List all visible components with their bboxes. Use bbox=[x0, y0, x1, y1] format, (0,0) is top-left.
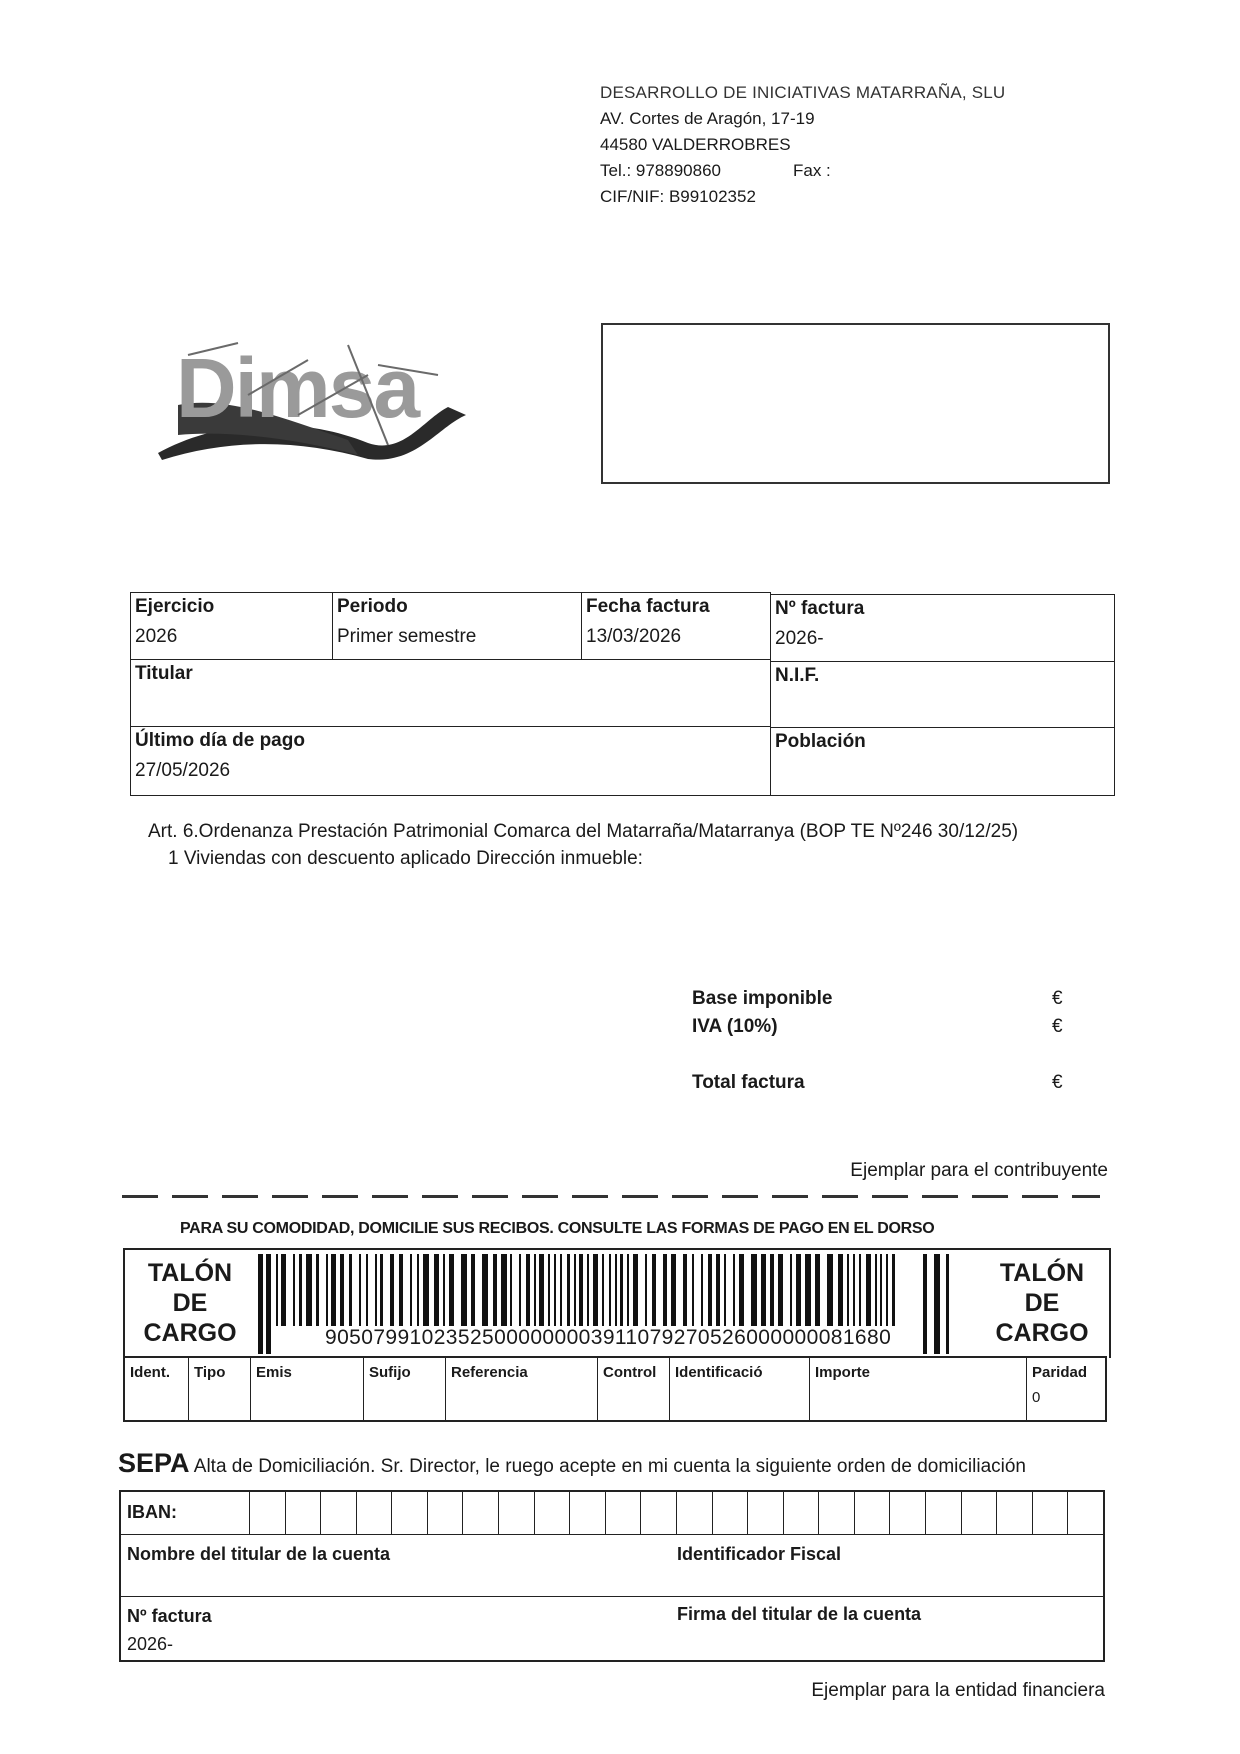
concept-line-2: 1 Viviendas con descuento aplicado Direc… bbox=[148, 845, 1018, 872]
iban-digit-cell[interactable] bbox=[249, 1492, 285, 1534]
ultimo-dia-label: Último día de pago bbox=[135, 729, 766, 753]
periodo-cell: Periodo Primer semestre bbox=[332, 592, 582, 660]
field-importe-label: Importe bbox=[815, 1364, 1021, 1381]
field-control-label: Control bbox=[603, 1364, 664, 1381]
sepa-text: Alta de Domiciliación. Sr. Director, le … bbox=[194, 1456, 1026, 1477]
copy-taxpayer-label: Ejemplar para el contribuyente bbox=[850, 1160, 1108, 1182]
talon-de-cargo: TALÓN DE CARGO 9050799102352500000000391… bbox=[123, 1248, 1111, 1358]
concept-line-1: Art. 6.Ordenanza Prestación Patrimonial … bbox=[148, 818, 1018, 845]
talon-right-label: TALÓN DE CARGO bbox=[987, 1258, 1097, 1348]
cut-line-divider bbox=[122, 1195, 1100, 1198]
ultimo-dia-cell: Último día de pago 27/05/2026 bbox=[130, 726, 771, 796]
iban-digit-cell[interactable] bbox=[427, 1492, 463, 1534]
fiscal-id-label: Identificador Fiscal bbox=[677, 1544, 841, 1565]
iban-digit-cell[interactable] bbox=[747, 1492, 783, 1534]
iban-digit-cell[interactable] bbox=[534, 1492, 570, 1534]
talon-left-label: TALÓN DE CARGO bbox=[135, 1258, 245, 1348]
iban-label: IBAN: bbox=[127, 1502, 177, 1523]
talon-right-line1: TALÓN bbox=[987, 1258, 1097, 1288]
field-tipo: Tipo bbox=[189, 1358, 251, 1420]
periodo-value: Primer semestre bbox=[337, 625, 577, 649]
fecha-value: 13/03/2026 bbox=[586, 625, 766, 649]
iva-currency: € bbox=[1052, 1016, 1063, 1038]
poblacion-label: Población bbox=[775, 730, 1110, 754]
field-identificacion: Identificació bbox=[670, 1358, 810, 1420]
iban-digit-cell[interactable] bbox=[391, 1492, 427, 1534]
sepa-heading: SEPA Alta de Domiciliación. Sr. Director… bbox=[118, 1448, 1026, 1479]
company-tel: Tel.: 978890860 bbox=[600, 158, 721, 184]
iban-digit-cell[interactable] bbox=[676, 1492, 712, 1534]
fecha-cell: Fecha factura 13/03/2026 bbox=[581, 592, 771, 660]
iban-digit-cell[interactable] bbox=[320, 1492, 356, 1534]
company-city: 44580 VALDERROBRES bbox=[600, 132, 1005, 158]
nif-label: N.I.F. bbox=[775, 664, 1110, 688]
iban-digit-cell[interactable] bbox=[498, 1492, 534, 1534]
field-sufijo-label: Sufijo bbox=[369, 1364, 440, 1381]
company-address: AV. Cortes de Aragón, 17-19 bbox=[600, 106, 1005, 132]
numero-factura-label: Nº factura bbox=[775, 597, 1110, 621]
field-referencia-label: Referencia bbox=[451, 1364, 592, 1381]
field-referencia: Referencia bbox=[446, 1358, 598, 1420]
field-identificacion-label: Identificació bbox=[675, 1364, 804, 1381]
titular-label: Titular bbox=[135, 662, 766, 686]
ejercicio-value: 2026 bbox=[135, 625, 328, 649]
total-factura-currency: € bbox=[1052, 1072, 1063, 1094]
concept-block: Art. 6.Ordenanza Prestación Patrimonial … bbox=[148, 818, 1018, 872]
dimsa-logo: Dimsa bbox=[148, 335, 488, 465]
iban-digit-cell[interactable] bbox=[818, 1492, 854, 1534]
field-paridad: Paridad0 bbox=[1027, 1358, 1105, 1420]
base-imponible-currency: € bbox=[1052, 988, 1063, 1010]
field-ident-label: Ident. bbox=[130, 1364, 183, 1381]
iban-row: IBAN: bbox=[121, 1492, 1103, 1535]
field-control: Control bbox=[598, 1358, 670, 1420]
svg-text:Dimsa: Dimsa bbox=[176, 341, 421, 435]
copy-bank-label: Ejemplar para la entidad financiera bbox=[811, 1680, 1105, 1702]
sepa-invoice-value: 2026- bbox=[127, 1634, 173, 1655]
account-holder-label: Nombre del titular de la cuenta bbox=[127, 1544, 390, 1565]
field-tipo-label: Tipo bbox=[194, 1364, 245, 1381]
iban-digit-cell[interactable] bbox=[854, 1492, 890, 1534]
barcode-number: 9050799102352500000000391107927052600000… bbox=[325, 1326, 891, 1350]
iban-digit-cell[interactable] bbox=[569, 1492, 605, 1534]
ultimo-dia-value: 27/05/2026 bbox=[135, 759, 766, 783]
talon-left-line1: TALÓN bbox=[135, 1258, 245, 1288]
company-header: DESARROLLO DE INICIATIVAS MATARRAÑA, SLU… bbox=[600, 80, 1005, 210]
iban-digit-cell[interactable] bbox=[889, 1492, 925, 1534]
recipient-address-box bbox=[601, 323, 1110, 484]
company-name: DESARROLLO DE INICIATIVAS MATARRAÑA, SLU bbox=[600, 80, 1005, 106]
numero-factura-cell: Nº factura 2026- bbox=[770, 594, 1115, 662]
iban-digit-cell[interactable] bbox=[462, 1492, 498, 1534]
sepa-form: IBAN: Nombre del titular de la cuenta Id… bbox=[119, 1490, 1105, 1662]
iban-digit-cell[interactable] bbox=[1067, 1492, 1103, 1534]
talon-right-line2: DE bbox=[987, 1288, 1097, 1318]
iban-digit-cell[interactable] bbox=[783, 1492, 819, 1534]
iban-digit-cell[interactable] bbox=[961, 1492, 997, 1534]
invoice-info-table: Ejercicio 2026 Periodo Primer semestre F… bbox=[130, 592, 1114, 802]
company-cif: CIF/NIF: B99102352 bbox=[600, 184, 1005, 210]
ejercicio-label: Ejercicio bbox=[135, 595, 328, 619]
field-paridad-value: 0 bbox=[1032, 1389, 1100, 1406]
sepa-title: SEPA bbox=[118, 1448, 190, 1478]
fecha-label: Fecha factura bbox=[586, 595, 766, 619]
talon-left-line2: DE bbox=[135, 1288, 245, 1318]
poblacion-cell: Población bbox=[770, 727, 1115, 796]
sepa-divider bbox=[121, 1596, 1103, 1597]
iban-digit-cell[interactable] bbox=[356, 1492, 392, 1534]
domicilie-notice: PARA SU COMODIDAD, DOMICILIE SUS RECIBOS… bbox=[180, 1220, 934, 1238]
sepa-invoice-label: Nº factura bbox=[127, 1606, 212, 1627]
ejercicio-cell: Ejercicio 2026 bbox=[130, 592, 333, 660]
talon-left-line3: CARGO bbox=[135, 1318, 245, 1348]
field-paridad-label: Paridad bbox=[1032, 1364, 1100, 1381]
iban-digit-cell[interactable] bbox=[285, 1492, 321, 1534]
periodo-label: Periodo bbox=[337, 595, 577, 619]
numero-factura-value: 2026- bbox=[775, 627, 1110, 651]
iban-digit-cell[interactable] bbox=[925, 1492, 961, 1534]
field-ident: Ident. bbox=[125, 1358, 189, 1420]
field-importe: Importe bbox=[810, 1358, 1027, 1420]
total-factura-label: Total factura bbox=[692, 1072, 805, 1094]
iva-label: IVA (10%) bbox=[692, 1016, 778, 1038]
company-fax: Fax : bbox=[793, 158, 831, 184]
signature-label: Firma del titular de la cuenta bbox=[677, 1604, 921, 1625]
iban-digit-cell[interactable] bbox=[605, 1492, 641, 1534]
titular-cell: Titular bbox=[130, 659, 771, 727]
talon-right-line3: CARGO bbox=[987, 1318, 1097, 1348]
base-imponible-label: Base imponible bbox=[692, 988, 832, 1010]
field-emis: Emis bbox=[251, 1358, 364, 1420]
iban-digit-cell[interactable] bbox=[712, 1492, 748, 1534]
iban-digit-cell[interactable] bbox=[996, 1492, 1032, 1534]
nif-cell: N.I.F. bbox=[770, 661, 1115, 728]
iban-digit-cell[interactable] bbox=[1032, 1492, 1068, 1534]
field-sufijo: Sufijo bbox=[364, 1358, 446, 1420]
iban-input[interactable] bbox=[249, 1492, 1103, 1534]
payment-fields-table: Ident. Tipo Emis Sufijo Referencia Contr… bbox=[123, 1356, 1107, 1422]
iban-digit-cell[interactable] bbox=[640, 1492, 676, 1534]
field-emis-label: Emis bbox=[256, 1364, 358, 1381]
